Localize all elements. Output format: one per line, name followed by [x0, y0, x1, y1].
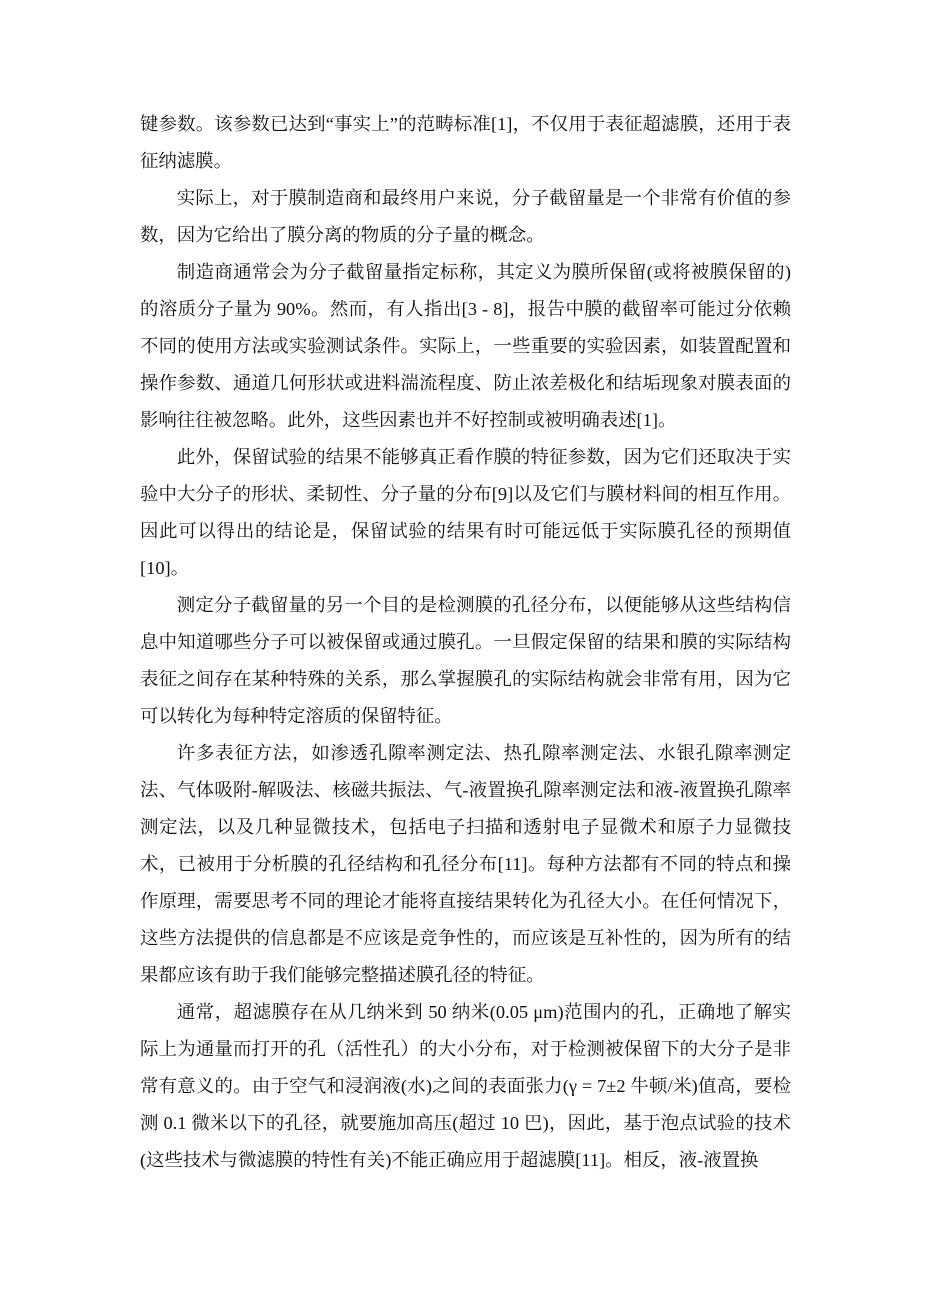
text-block: 键参数。该参数已达到“事实上”的范畴标准[1]，不仅用于表征超滤膜，还用于表征纳…	[140, 106, 791, 1179]
paragraph: 此外，保留试验的结果不能够真正看作膜的特征参数，因为它们还取决于实验中大分子的形…	[140, 439, 791, 587]
paragraph: 测定分子截留量的另一个目的是检测膜的孔径分布，以便能够从这些结构信息中知道哪些分…	[140, 587, 791, 735]
paragraph: 通常，超滤膜存在从几纳米到 50 纳米(0.05 μm)范围内的孔，正确地了解实…	[140, 994, 791, 1179]
paragraph: 制造商通常会为分子截留量指定标称，其定义为膜所保留(或将被膜保留的)的溶质分子量…	[140, 254, 791, 439]
paragraph: 许多表征方法，如渗透孔隙率测定法、热孔隙率测定法、水银孔隙率测定法、气体吸附-解…	[140, 735, 791, 994]
paragraph-continuation: 键参数。该参数已达到“事实上”的范畴标准[1]，不仅用于表征超滤膜，还用于表征纳…	[140, 106, 791, 180]
document-page: 键参数。该参数已达到“事实上”的范畴标准[1]，不仅用于表征超滤膜，还用于表征纳…	[0, 0, 926, 1309]
paragraph: 实际上，对于膜制造商和最终用户来说，分子截留量是一个非常有价值的参数，因为它给出…	[140, 180, 791, 254]
